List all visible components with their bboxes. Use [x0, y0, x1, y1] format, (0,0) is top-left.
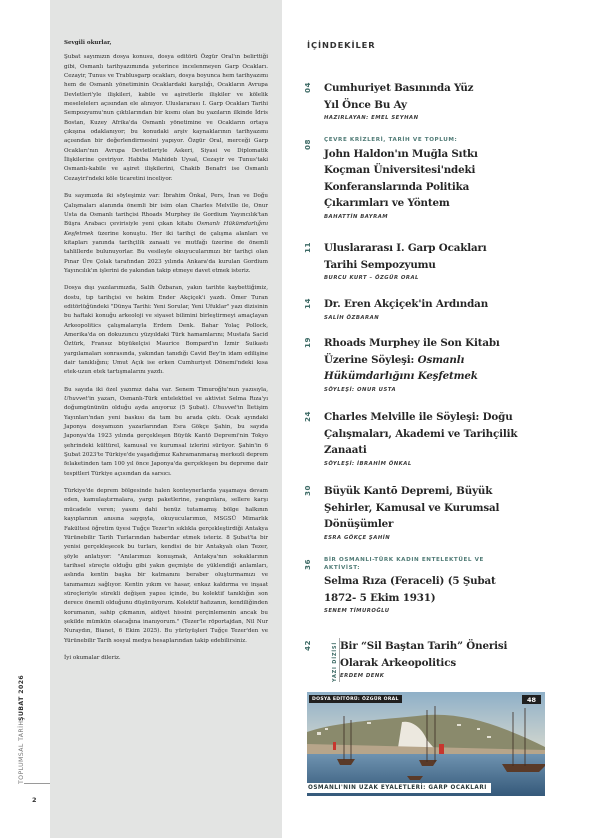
toc-byline: BURCU KURT – ÖZGÜR ORAL [324, 275, 574, 281]
toc-title: İÇİNDEKİLER [307, 40, 376, 50]
editorial-paragraph: Bu sayıda iki özel yazımız daha var. Sen… [64, 386, 268, 479]
toc-byline: BAHATTİN BAYRAM [324, 214, 574, 220]
editorial-paragraph: Dosya dışı yazılarımızda, Salih Özbaran,… [64, 284, 268, 377]
toc-headline[interactable]: John Haldon'ın Muğla Sıtkı Koçman Üniver… [324, 146, 502, 212]
editorial-letter: Sevgili okurlar, Şubat sayımızın dosya k… [64, 39, 268, 671]
toc-byline: SÖYLEŞİ: ONUR USTA [324, 387, 574, 393]
toc-page-number: 36 [303, 559, 312, 570]
toc-page-number: 04 [303, 82, 312, 93]
editorial-paragraph: Bu sayımızda iki söyleşimiz var: İbrahim… [64, 192, 268, 276]
toc-headline[interactable]: Bir “Sil Baştan Tarih” Önerisi Olarak Ar… [340, 638, 530, 671]
toc-headline[interactable]: Büyük Kantō Depremi, Büyük Şehirler, Kam… [324, 483, 529, 533]
issue-date: ŞUBAT 2026 [18, 675, 25, 721]
toc-headline[interactable]: Rhoads Murphey ile Son Kitabı Üzerine Sö… [324, 335, 524, 385]
editorial-paragraph: Şubat sayımızın dosya konusu, dosya edit… [64, 53, 268, 184]
toc-headline[interactable]: Dr. Eren Akçiçek'in Ardından [324, 296, 524, 313]
toc-page-number: 30 [303, 485, 312, 496]
toc-headline[interactable]: Uluslararası I. Garp Ocakları Tarihi Sem… [324, 240, 509, 273]
toc-byline: SALİH ÖZBARAN [324, 315, 574, 321]
toc-page-number: 24 [303, 411, 312, 422]
dossier-editor-label: DOSYA EDİTÖRÜ: ÖZGÜR ORAL [309, 695, 402, 703]
page-number: 2 [32, 796, 37, 804]
feature-dossier-card[interactable]: DOSYA EDİTÖRÜ: ÖZGÜR ORAL 48 OSMANLI'NIN… [307, 692, 545, 796]
toc-headline[interactable]: Charles Melville ile Söyleşi: Doğu Çalış… [324, 409, 519, 459]
publication-name: TOPLUMSAL TARİH [18, 721, 25, 784]
margin-rule [24, 783, 50, 784]
toc-byline: ERDEM DENK [340, 673, 590, 679]
toc-byline: SÖYLEŞİ: İBRAHİM ÖNKAL [324, 461, 574, 467]
toc-page-number: 14 [303, 298, 312, 309]
harbor-painting-image [307, 692, 545, 796]
editorial-greeting: Sevgili okurlar, [64, 39, 268, 48]
toc-byline: SENEM TİMUROĞLU [324, 608, 574, 614]
running-head: TOPLUMSAL TARİHŞUBAT 2026 [18, 666, 32, 784]
left-margin: TOPLUMSAL TARİHŞUBAT 2026 2 [0, 0, 50, 838]
toc-byline: HAZIRLAYAN: EMEL SEYHAN [324, 115, 574, 121]
dossier-page-number: 48 [522, 695, 541, 704]
dossier-caption[interactable]: OSMANLI'NIN UZAK EYALETLERİ: GARP OCAKLA… [307, 783, 491, 793]
editorial-closing: İyi okumalar dileriz. [64, 654, 268, 663]
series-tag: YAZI DİZİSİ [332, 638, 340, 682]
toc-page-number: 19 [303, 337, 312, 348]
editorial-paragraph: Türkiye'de deprem bölgesinde halen konte… [64, 487, 268, 646]
toc-page-number: 11 [303, 242, 312, 253]
toc-headline[interactable]: Cumhuriyet Basınında Yüz Yıl Önce Bu Ay [324, 80, 474, 113]
toc-headline[interactable]: Selma Rıza (Feraceli) (5 Şubat 1872- 5 E… [324, 573, 524, 606]
toc-page-number: 08 [303, 139, 312, 150]
toc-kicker: BİR OSMANLI-TÜRK KADIN ENTELEKTÜEL VE AK… [324, 557, 514, 572]
toc-kicker: ÇEVRE KRİZLERİ, TARİH VE TOPLUM: [324, 137, 574, 145]
toc-page-number: 42 [303, 640, 312, 651]
toc-headline-text: Rhoads Murphey ile Son Kitabı Üzerine Sö… [324, 337, 500, 366]
toc-byline: ESRA GÖKÇE ŞAHİN [324, 535, 574, 541]
